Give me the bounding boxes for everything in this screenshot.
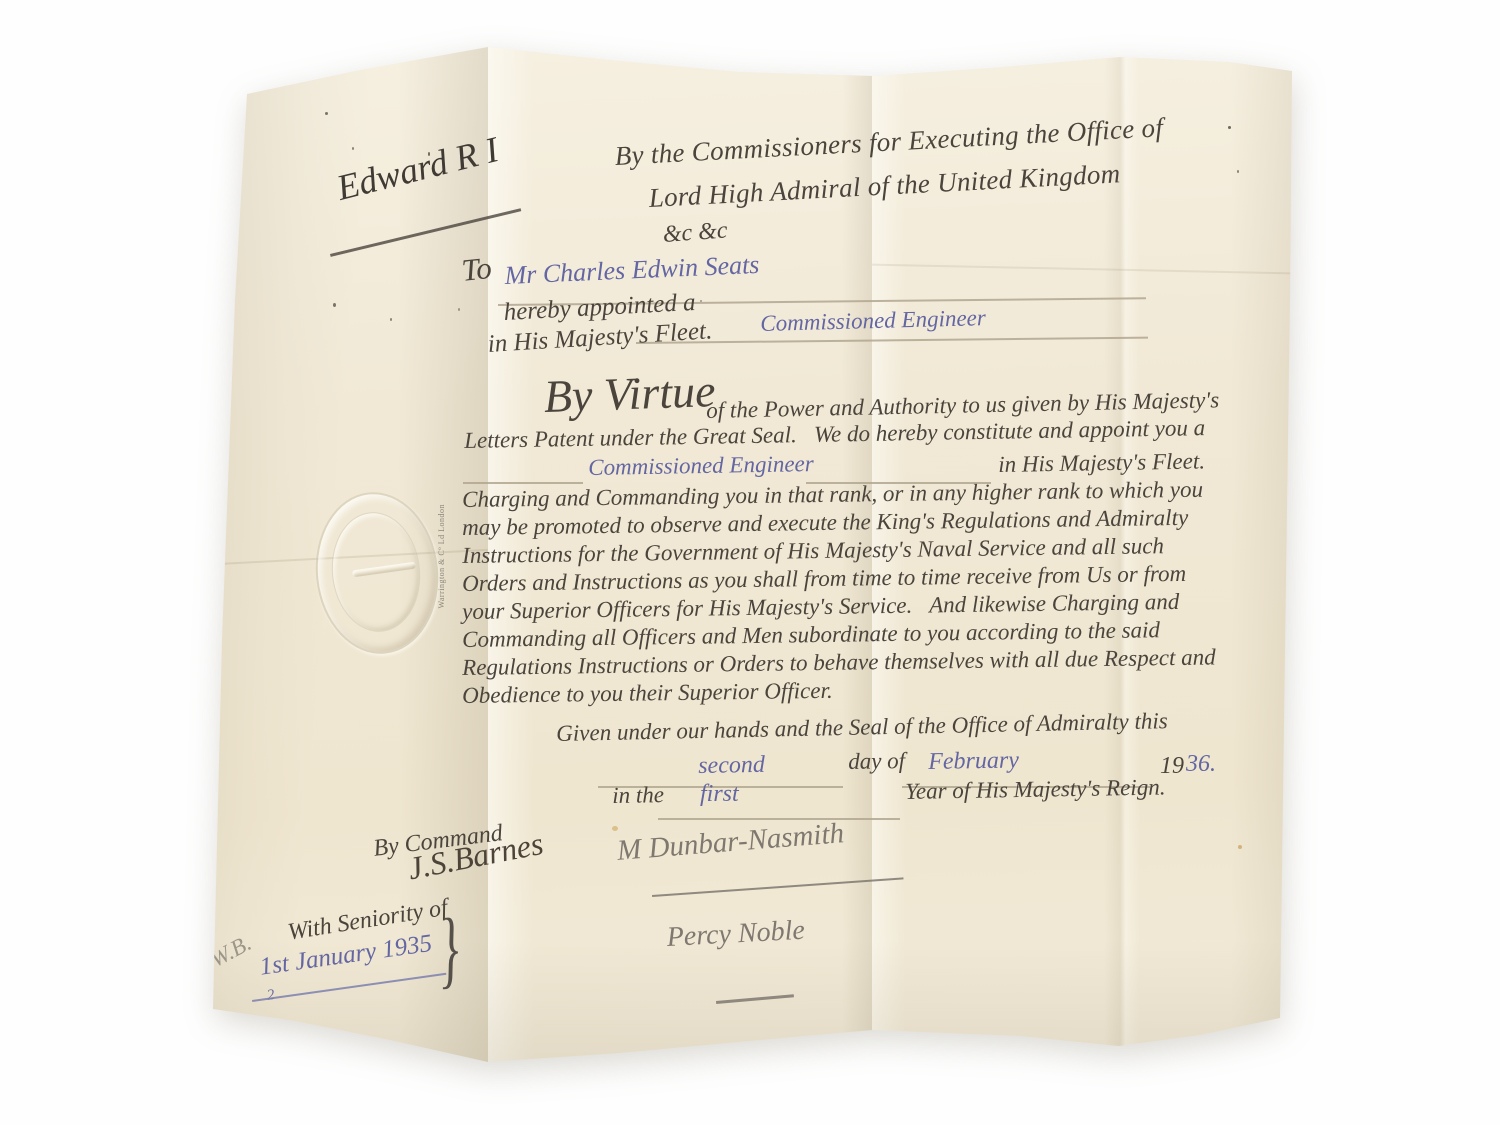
- body-fleet: in His Majesty's Fleet.: [998, 448, 1205, 477]
- seniority-brace: }: [436, 901, 461, 997]
- reign-line: Year of His Majesty's Reign.: [905, 774, 1166, 804]
- to-label: To: [460, 251, 493, 288]
- royal-signature-flourish: [330, 208, 521, 256]
- body-rank-rule-left: [463, 482, 583, 484]
- lord-signature-rule: [716, 994, 794, 1004]
- foxing-stain: [612, 826, 618, 831]
- foxing-speck: [390, 318, 392, 321]
- seniority-date: 1st January 1935: [258, 930, 434, 981]
- foxing-speck: [333, 303, 336, 307]
- addressee-name: Mr Charles Edwin Seats: [504, 251, 760, 291]
- given-line: Given under our hands and the Seal of th…: [556, 708, 1168, 746]
- header-line-2: Lord High Admiral of the United Kingdom: [648, 159, 1121, 213]
- commission-document: Warrington & Cº Ld London Edward R I By …: [0, 0, 1500, 1125]
- header-etcetera: &c &c: [662, 217, 728, 248]
- lord-signature: Percy Noble: [666, 916, 806, 954]
- sea-lord-signature: M Dunbar-Nasmith: [616, 818, 845, 868]
- royal-signature: Edward R I: [333, 130, 502, 208]
- day-of-label: day of: [848, 748, 905, 774]
- foxing-speck: [352, 147, 354, 150]
- foxing-stain: [1238, 845, 1242, 849]
- foxing-speck: [1228, 126, 1231, 129]
- foxing-speck: [700, 300, 702, 302]
- foxing-speck: [428, 152, 430, 156]
- in-the-label: in the: [612, 782, 664, 808]
- day-word: second: [698, 752, 765, 780]
- foxing-speck: [325, 112, 328, 115]
- foxing-speck: [1237, 170, 1239, 173]
- ordinal-rule: [658, 818, 900, 820]
- right-edge-shade: [1230, 55, 1292, 1035]
- appointed-rank: Commissioned Engineer: [760, 305, 986, 336]
- pencil-initials: W.B.: [206, 930, 255, 972]
- seniority-reference-digit: 2: [266, 987, 276, 1004]
- sea-lord-signature-rule: [652, 877, 904, 897]
- body-line: Obedience to you their Superior Officer.: [462, 678, 833, 708]
- reign-ordinal: first: [700, 781, 739, 807]
- printer-imprint: Warrington & Cº Ld London: [438, 504, 447, 609]
- body-rank: Commissioned Engineer: [588, 451, 814, 480]
- horizontal-crease-right: [872, 264, 1292, 275]
- paper-shadow: Warrington & Cº Ld London Edward R I By …: [0, 0, 1500, 1125]
- red-speck: [1245, 1026, 1250, 1030]
- month-word: February: [928, 747, 1019, 775]
- by-virtue-lead: By Virtue: [543, 366, 716, 423]
- photograph-of-commission-document: Warrington & Cº Ld London Edward R I By …: [0, 0, 1500, 1125]
- year-handwritten: 36.: [1186, 751, 1216, 777]
- foxing-speck: [458, 308, 460, 311]
